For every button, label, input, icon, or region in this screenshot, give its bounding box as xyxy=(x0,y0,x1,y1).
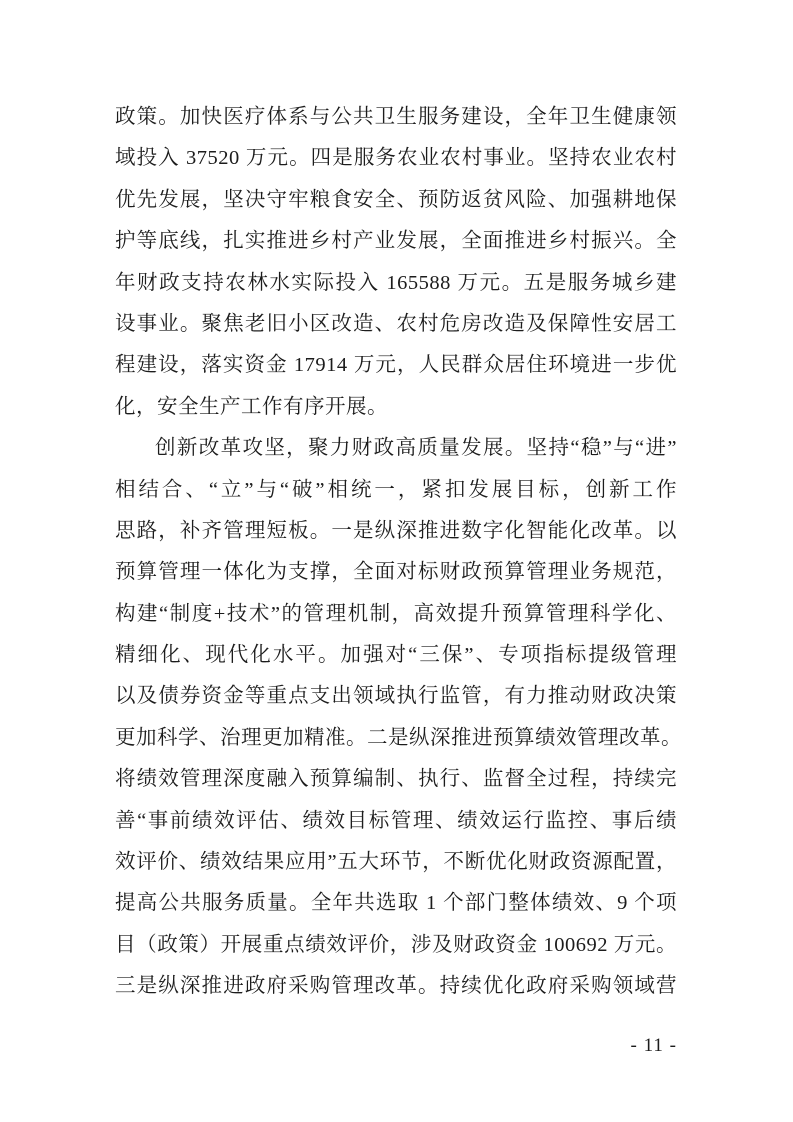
text-line: 年财政支持农林水实际投入 165588 万元。五是服务城乡建 xyxy=(115,263,677,304)
text-line: 化，安全生产工作有序开展。 xyxy=(115,387,677,428)
document-page: 政策。加快医疗体系与公共卫生服务建设，全年卫生健康领域投入 37520 万元。四… xyxy=(0,0,793,1122)
text-line: 以及债券资金等重点支出领域执行监管，有力推动财政决策 xyxy=(115,676,677,717)
text-line: 优先发展，坚决守牢粮食安全、预防返贫风险、加强耕地保 xyxy=(115,180,677,221)
text-line: 更加科学、治理更加精准。二是纵深推进预算绩效管理改革。 xyxy=(115,718,677,759)
text-line: 护等底线，扎实推进乡村产业发展，全面推进乡村振兴。全 xyxy=(115,221,677,262)
text-line: 程建设，落实资金 17914 万元，人民群众居住环境进一步优 xyxy=(115,345,677,386)
page-number: - 11 - xyxy=(115,1034,677,1058)
text-line: 构建“制度+技术”的管理机制，高效提升预算管理科学化、 xyxy=(115,594,677,635)
text-line: 三是纵深推进政府采购管理改革。持续优化政府采购领域营 xyxy=(115,966,677,1007)
text-line: 将绩效管理深度融入预算编制、执行、监督全过程，持续完 xyxy=(115,759,677,800)
text-line: 相结合、“立”与“破”相统一，紧扣发展目标，创新工作 xyxy=(115,470,677,511)
document-body-text: 政策。加快医疗体系与公共卫生服务建设，全年卫生健康领域投入 37520 万元。四… xyxy=(115,97,677,1008)
text-line: 预算管理一体化为支撑，全面对标财政预算管理业务规范， xyxy=(115,552,677,593)
text-line: 创新改革攻坚，聚力财政高质量发展。坚持“稳”与“进” xyxy=(115,428,677,469)
text-line: 思路，补齐管理短板。一是纵深推进数字化智能化改革。以 xyxy=(115,511,677,552)
text-line: 善“事前绩效评估、绩效目标管理、绩效运行监控、事后绩 xyxy=(115,801,677,842)
text-line: 设事业。聚焦老旧小区改造、农村危房改造及保障性安居工 xyxy=(115,304,677,345)
text-line: 效评价、绩效结果应用”五大环节，不断优化财政资源配置， xyxy=(115,842,677,883)
text-line: 精细化、现代化水平。加强对“三保”、专项指标提级管理 xyxy=(115,635,677,676)
text-line: 域投入 37520 万元。四是服务农业农村事业。坚持农业农村 xyxy=(115,138,677,179)
text-line: 目（政策）开展重点绩效评价，涉及财政资金 100692 万元。 xyxy=(115,925,677,966)
text-line: 政策。加快医疗体系与公共卫生服务建设，全年卫生健康领 xyxy=(115,97,677,138)
text-line: 提高公共服务质量。全年共选取 1 个部门整体绩效、9 个项 xyxy=(115,883,677,924)
